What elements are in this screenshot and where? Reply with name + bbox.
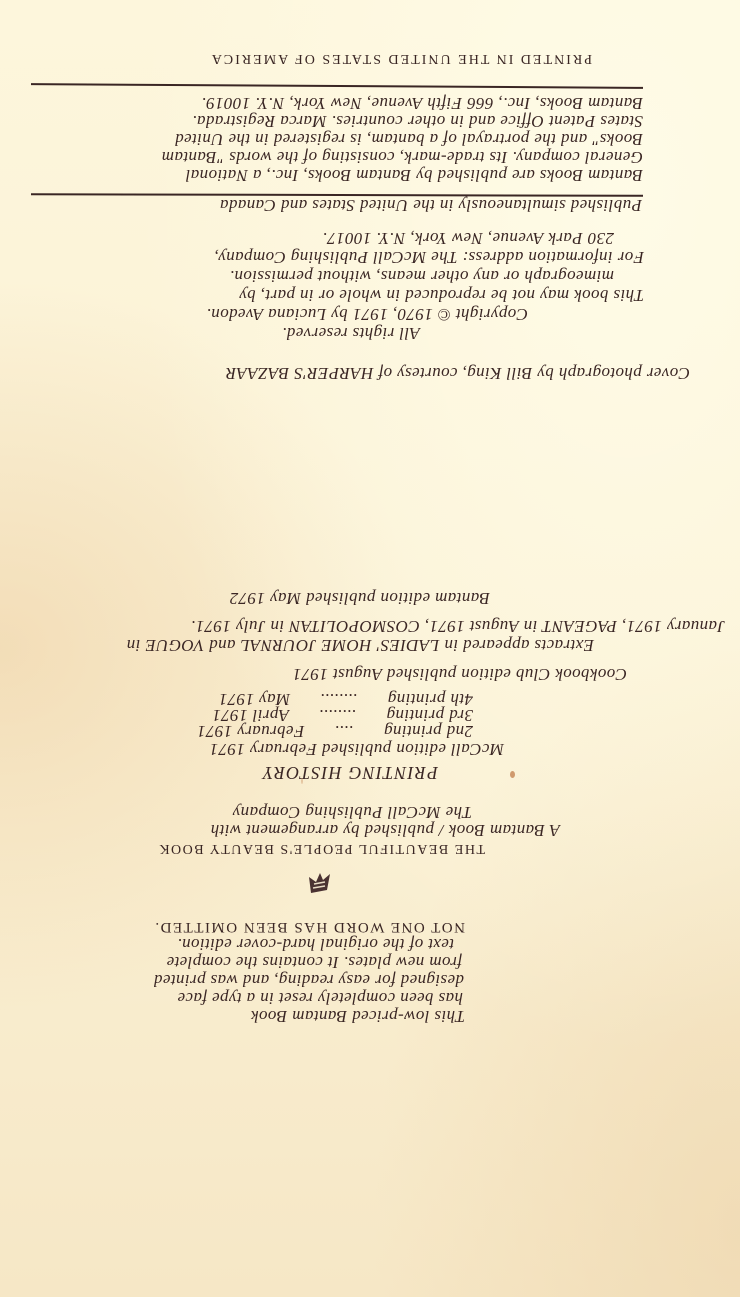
trademark-line: Bantam Books are published by Bantam Boo… xyxy=(185,167,643,184)
trademark-line: Books" and the portrayal of a bantam, is… xyxy=(175,131,643,148)
trademark-line: General company. Its trade-mark, consist… xyxy=(161,149,643,166)
paper-stain xyxy=(301,778,303,784)
book-title: THE BEAUTIFUL PEOPLE'S BEAUTY BOOK xyxy=(158,840,485,857)
extracts-line: January 1971, PAGEANT in August 1971, CO… xyxy=(191,618,725,635)
reprint-line: designed for easy reading, and was print… xyxy=(154,972,464,989)
extracts-line: Extracts appeared in LADIES' HOME JOURNA… xyxy=(126,637,594,654)
reproduction-line: mimeograph or any other means, without p… xyxy=(229,268,614,285)
bantam-rooster-logo-icon xyxy=(307,872,333,894)
printing-history-heading: PRINTING HISTORY xyxy=(262,764,438,781)
printed-in-notice: PRINTED IN THE UNITED STATES OF AMERICA xyxy=(210,50,592,67)
printing-dots: .... xyxy=(309,723,379,740)
printing-dots: ........ xyxy=(294,707,382,724)
trademark-line: Bantam Books, Inc., 666 Fifth Avenue, Ne… xyxy=(201,95,643,112)
printing-row: 3rd printing ........ April 1971 xyxy=(212,707,473,724)
printing-row: 2nd printing .... February 1971 xyxy=(197,723,473,740)
printing-label: 4th printing xyxy=(387,690,473,709)
printing-date: May 1971 xyxy=(218,690,290,709)
cookbook-club-edition: Cookbook Club edition published August 1… xyxy=(292,666,627,683)
arrangement-line: The McCall Publishing Company xyxy=(232,804,472,821)
reprint-line: has been completely reset in a type face xyxy=(177,990,463,1007)
arrangement-line: A Bantam Book / published by arrangement… xyxy=(210,822,560,839)
printing-dots: ........ xyxy=(295,691,383,708)
all-rights-reserved: All rights reserved. xyxy=(282,325,420,342)
printing-row: 4th printing ........ May 1971 xyxy=(218,691,473,708)
simultaneous-publication: Published simultaneously in the United S… xyxy=(220,197,642,214)
reprint-line: This low-priced Bantam Book xyxy=(251,1008,465,1025)
trademark-line: States Patent Office and in other countr… xyxy=(192,113,643,130)
paper-stain xyxy=(510,771,515,778)
not-omitted-notice: NOT ONE WORD HAS BEEN OMITTED. xyxy=(154,918,465,935)
reprint-line: from new plates. It contains the complet… xyxy=(166,954,462,971)
reproduction-line: 230 Park Avenue, New York, N.Y. 10017. xyxy=(322,230,614,247)
copyright-notice: Copyright © 1970, 1971 by Luciana Avedon… xyxy=(206,306,528,323)
book-copyright-page: This low-priced Bantam Book has been com… xyxy=(0,0,740,1297)
reproduction-line: For information address: The McCall Publ… xyxy=(214,249,644,266)
divider-rule xyxy=(31,83,643,89)
reprint-line: text of the original hard-cover edition. xyxy=(177,936,454,953)
reproduction-line: This book may not be reproduced in whole… xyxy=(239,287,644,304)
first-edition: McCall edition published February 1971 xyxy=(209,741,504,758)
bantam-edition: Bantam edition published May 1972 xyxy=(229,590,490,607)
cover-photo-credit: Cover photograph by Bill King, courtesy … xyxy=(225,365,690,382)
